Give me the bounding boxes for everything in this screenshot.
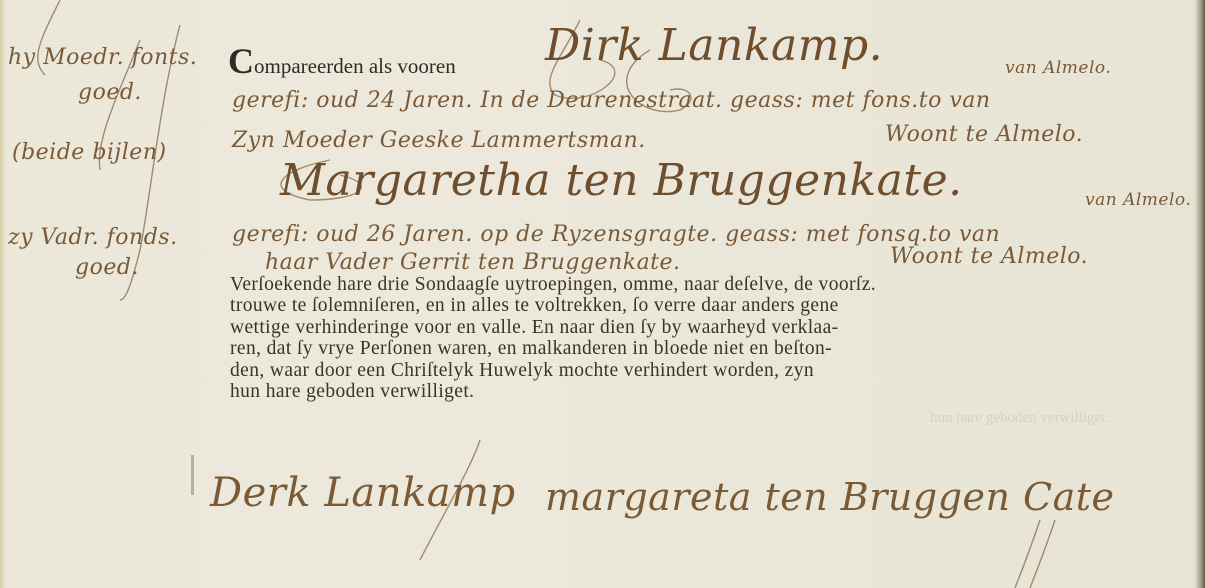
drop-cap: C	[228, 41, 254, 81]
groom-details: gerefi: oud 24 Jaren. In de Deurenestraa…	[232, 88, 991, 113]
bride-father: haar Vader Gerrit ten Bruggenkate.	[265, 250, 681, 275]
bride-name: Margaretha ten Bruggenkate.	[280, 155, 963, 206]
bride-details: gerefi: oud 26 Jaren. op de Ryzensgragte…	[232, 222, 1000, 247]
printed-line: Verſoekende hare drie Sondaagſe uytroepi…	[230, 274, 1010, 295]
groom-origin: van Almelo.	[1005, 58, 1111, 78]
printed-line: den, waar door een Chriſtelyk Huwelyk mo…	[230, 360, 1010, 381]
printed-line: trouwe te ſolemniſeren, en in alles te v…	[230, 295, 1010, 316]
printed-line: wettige verhinderinge voor en valle. En …	[230, 317, 1010, 338]
margin-note-bride-goed: goed.	[75, 255, 139, 280]
show-through-text: hun hare geboden verwilliget.	[930, 410, 1109, 427]
printed-body-paragraph: Verſoekende hare drie Sondaagſe uytroepi…	[230, 274, 1010, 402]
register-page: hy Moedr. fonts. goed. (beide bijlen) zy…	[0, 0, 1205, 588]
margin-note-bride-father: zy Vadr. fonds.	[8, 225, 178, 250]
printed-header: Compareerden als vooren	[228, 40, 456, 82]
margin-note-both: (beide bijlen)	[12, 140, 167, 165]
margin-note-groom-mother: hy Moedr. fonts.	[8, 45, 197, 70]
groom-name: Dirk Lankamp.	[545, 20, 883, 71]
groom-mother: Zyn Moeder Geeske Lammertsman.	[232, 128, 646, 153]
margin-note-groom-goed: goed.	[78, 80, 142, 105]
groom-residence: Woont te Almelo.	[885, 122, 1083, 147]
bride-residence: Woont te Almelo.	[890, 244, 1088, 269]
groom-signature: Derk Lankamp	[210, 470, 516, 516]
bride-origin: van Almelo.	[1085, 190, 1191, 210]
page-binding-edge	[1195, 0, 1205, 588]
printed-line: ren, dat ſy vrye Perſonen waren, en malk…	[230, 338, 1010, 359]
printed-line: hun hare geboden verwilliget.	[230, 381, 1010, 402]
bride-signature: margareta ten Bruggen Cate	[545, 475, 1115, 519]
signature-margin-mark	[191, 455, 194, 495]
printed-header-text: ompareerden als vooren	[254, 54, 456, 78]
